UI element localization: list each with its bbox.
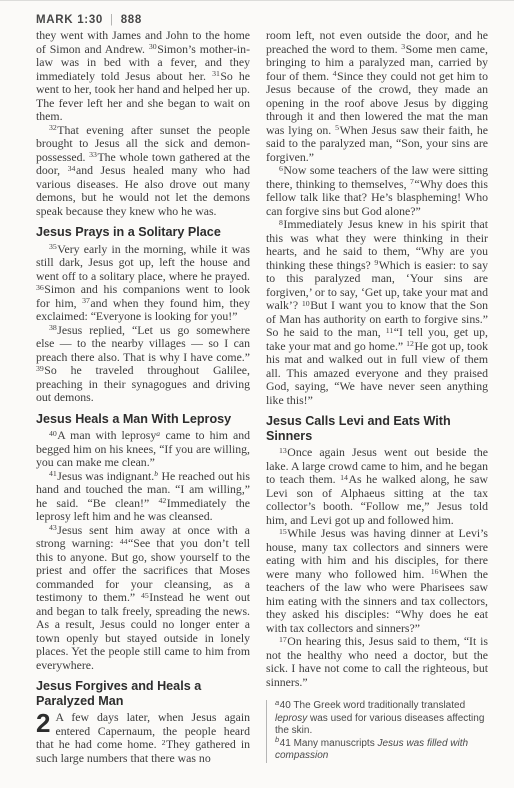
chapter-number: 2 (36, 712, 50, 735)
footnote-letter: a (156, 429, 160, 438)
verse-number: 8 (279, 218, 283, 227)
verse-number: 45 (141, 591, 149, 600)
verse-paragraph: room left, not even outside the door, an… (266, 29, 488, 164)
verse-number: 16 (431, 567, 439, 576)
verse-number: 10 (302, 299, 310, 308)
verse-number: 35 (49, 242, 57, 251)
verse-number: 14 (340, 473, 348, 482)
verse-paragraph: 40A man with leprosya came to him and be… (36, 429, 250, 470)
verse-number: 30 (149, 42, 157, 51)
chapter-paragraph: 2A few days later, when Jesus again ente… (36, 711, 250, 765)
section-heading: Jesus Forgives and Heals a Paralyzed Man (36, 679, 250, 708)
verse-number: 36 (36, 283, 44, 292)
verse-number: 12 (406, 339, 414, 348)
bible-page: MARK 1:30|888 they went with James and J… (0, 0, 514, 788)
book-reference: MARK 1:30 (36, 14, 103, 26)
footnotes-block: a40 The Greek word traditionally transla… (266, 700, 488, 763)
footnote: b41 Many manuscripts Jesus was filled wi… (275, 738, 488, 763)
verse-paragraph: 6Now some teachers of the law were sitti… (266, 164, 488, 218)
verse-number: 34 (68, 164, 76, 173)
verse-number: 9 (374, 258, 378, 267)
verse-number: 32 (49, 123, 57, 132)
verse-paragraph: 32That evening after sunset the people b… (36, 124, 250, 219)
verse-number: 7 (410, 177, 414, 186)
verse-number: 13 (279, 446, 287, 455)
text-columns: they went with James and John to the hom… (0, 27, 514, 765)
verse-number: 40 (49, 429, 57, 438)
verse-number: 37 (82, 296, 90, 305)
verse-number: 43 (49, 523, 57, 532)
verse-paragraph: 35Very early in the morning, while it wa… (36, 243, 250, 324)
verse-number: 2 (162, 738, 166, 747)
verse-number: 15 (279, 527, 287, 536)
verse-number: 41 (49, 469, 57, 478)
left-column: they went with James and John to the hom… (36, 29, 250, 765)
verse-number: 3 (401, 42, 405, 51)
verse-paragraph: they went with James and John to the hom… (36, 29, 250, 124)
verse-paragraph: 8Immediately Jesus knew in his spirit th… (266, 218, 488, 407)
section-heading: Jesus Heals a Man With Leprosy (36, 412, 250, 427)
verse-number: 31 (212, 69, 220, 78)
verse-number: 44 (120, 537, 128, 546)
verse-paragraph: 43Jesus sent him away at once with a str… (36, 524, 250, 673)
verse-number: 17 (279, 635, 287, 644)
header-divider: | (110, 14, 114, 26)
verse-number: 42 (158, 496, 166, 505)
verse-number: 5 (335, 123, 339, 132)
italic-text: leprosy (275, 713, 307, 724)
verse-paragraph: 41Jesus was indignant.b He reached out h… (36, 470, 250, 524)
italic-text: Jesus was filled with compassion (275, 738, 468, 762)
right-column: room left, not even outside the door, an… (266, 29, 488, 765)
footnote-letter: a (275, 698, 280, 707)
footnote: a40 The Greek word traditionally transla… (275, 700, 488, 738)
verse-paragraph: 15While Jesus was having dinner at Levi’… (266, 527, 488, 635)
verse-paragraph: 38Jesus replied, “Let us go somewhere el… (36, 324, 250, 405)
page-number: 888 (121, 14, 142, 26)
verse-paragraph: 13Once again Jesus went out beside the l… (266, 446, 488, 527)
verse-paragraph: 17On hearing this, Jesus said to them, “… (266, 635, 488, 689)
verse-number: 6 (279, 164, 283, 173)
verse-number: 39 (36, 364, 44, 373)
verse-number: 33 (89, 150, 97, 159)
footnote-letter: b (275, 735, 280, 744)
verse-number: 4 (333, 69, 337, 78)
page-header: MARK 1:30|888 (0, 1, 514, 27)
footnote-letter: b (154, 469, 158, 478)
verse-number: 38 (49, 323, 57, 332)
section-heading: Jesus Prays in a Solitary Place (36, 225, 250, 240)
verse-number: 11 (386, 326, 394, 335)
section-heading: Jesus Calls Levi and Eats With Sinners (266, 414, 488, 443)
